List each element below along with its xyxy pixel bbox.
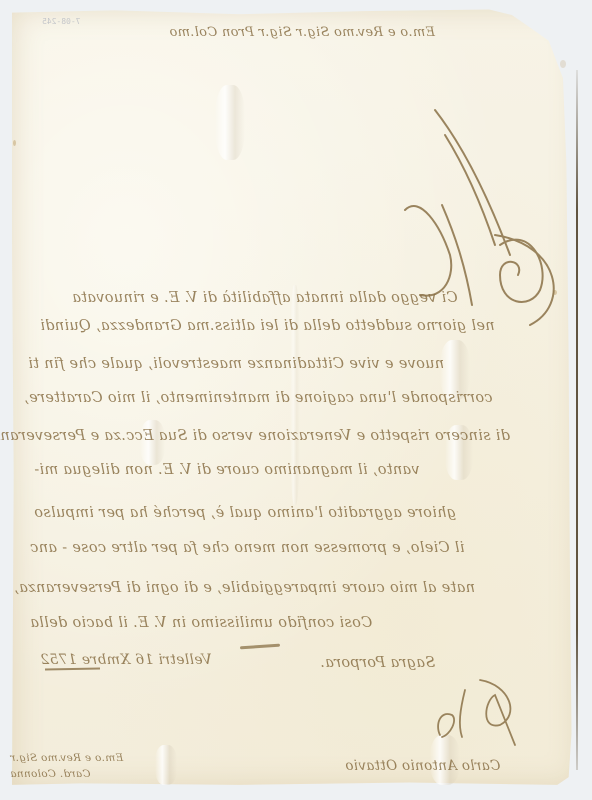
letter-line: Cosi confido umilissimo in V. E. il baci…: [30, 615, 470, 631]
letter-line: Ci veggo dalla innata affabilità di V. E…: [72, 290, 532, 306]
addressee-note: Em.o e Rev.mo Sig.r: [10, 752, 150, 764]
foxing-spot: [560, 60, 566, 68]
letter-line: il Cielo, e promesse non meno che fa per…: [30, 540, 478, 556]
archive-number: 7-08-245: [42, 17, 81, 26]
letter-line: corrisponde l'una cagione di manteniment…: [24, 390, 519, 406]
letter-line: nuove e vive Cittadinanze maestrevoli, q…: [28, 356, 518, 372]
foxing-spot: [13, 140, 16, 146]
letter-line: nate al mio cuore impareggiabile, e di o…: [30, 580, 475, 596]
letter-line: ghiore aggradito l'animo qual è, perché …: [34, 505, 486, 521]
letter-line: di sincero rispetto e Venerazione verso …: [30, 428, 510, 444]
date-line: Velletri 16 Xmbre 1752: [40, 652, 280, 668]
signature: Carlo Antonio Ottavio: [345, 758, 545, 774]
closing-monogram-icon: [420, 675, 540, 755]
addressee-note: Card. Colonna: [10, 768, 150, 780]
letter-line: nel giorno suddetto della di lei altiss.…: [40, 318, 524, 334]
document-scan: 7-08-245 Em.o e Rev.mo Sig.r Sig.r Pron …: [0, 0, 592, 800]
paper-crease: [215, 85, 245, 160]
emboss-mark: [155, 745, 177, 785]
salutation-header: Em.o e Rev.mo Sig.r Sig.r Pron Col.mo: [185, 25, 435, 40]
letter-line: vanto, il magnanimo cuore di V. E. non d…: [34, 462, 490, 478]
letter-line: Sagra Porpora.: [320, 655, 470, 671]
